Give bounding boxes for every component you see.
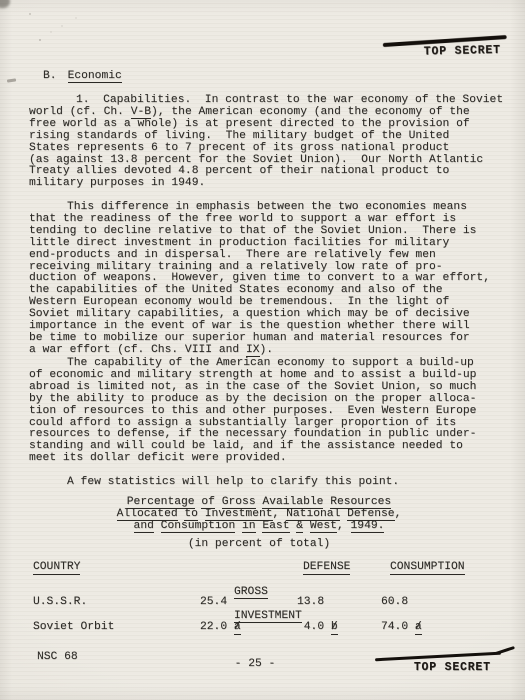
table-subtitle: (in percent of total)	[2, 539, 516, 551]
stamp-text: TOP SECRET	[424, 44, 501, 59]
pencil-marks	[18, 8, 88, 52]
cell-defense: 4.0 b/	[297, 622, 338, 634]
scan-smudge	[0, 0, 10, 8]
top-secret-stamp-bottom: TOP SECRET	[383, 650, 491, 686]
section-heading: B.Economic	[43, 71, 122, 83]
table-title: Percentage of Gross Available ResourcesA…	[2, 496, 516, 533]
top-secret-stamp-top: TOP SECRET	[393, 33, 502, 71]
cell-consumption: 74.0 a/	[381, 622, 422, 634]
paragraph-few-statistics: A few statistics will help to clarify th…	[29, 477, 514, 489]
section-label: B.	[43, 70, 57, 82]
table-header-row: COUNTRY GROSS INVESTMENT DEFENSE CONSUMP…	[0, 562, 525, 588]
cell-defense: 13.8	[297, 597, 324, 609]
paragraph-capabilities: 1. Capabilities. In contrast to the war …	[29, 95, 514, 190]
paragraph-capability-of-american-economy: The capability of the American economy t…	[29, 358, 514, 465]
cell-gross-investment: 22.0 a/	[200, 622, 241, 634]
cell-gross-investment: 25.4	[200, 597, 227, 609]
cell-country: Soviet Orbit	[33, 622, 114, 634]
table-row-soviet-orbit: Soviet Orbit 22.0 a/ 4.0 b/ 74.0 a/	[0, 622, 525, 636]
cell-country: U.S.S.R.	[33, 597, 87, 609]
document-page: TOP SECRET B.Economic 1. Capabilities. I…	[0, 0, 525, 700]
paragraph-difference-in-emphasis: This difference in emphasis between the …	[29, 202, 514, 357]
stamp-text: TOP SECRET	[414, 661, 491, 674]
cell-consumption: 60.8	[381, 597, 408, 609]
section-title: Economic	[68, 70, 122, 82]
margin-mark	[7, 78, 16, 82]
table-row-ussr: U.S.S.R. 25.4 13.8 60.8	[0, 597, 525, 611]
